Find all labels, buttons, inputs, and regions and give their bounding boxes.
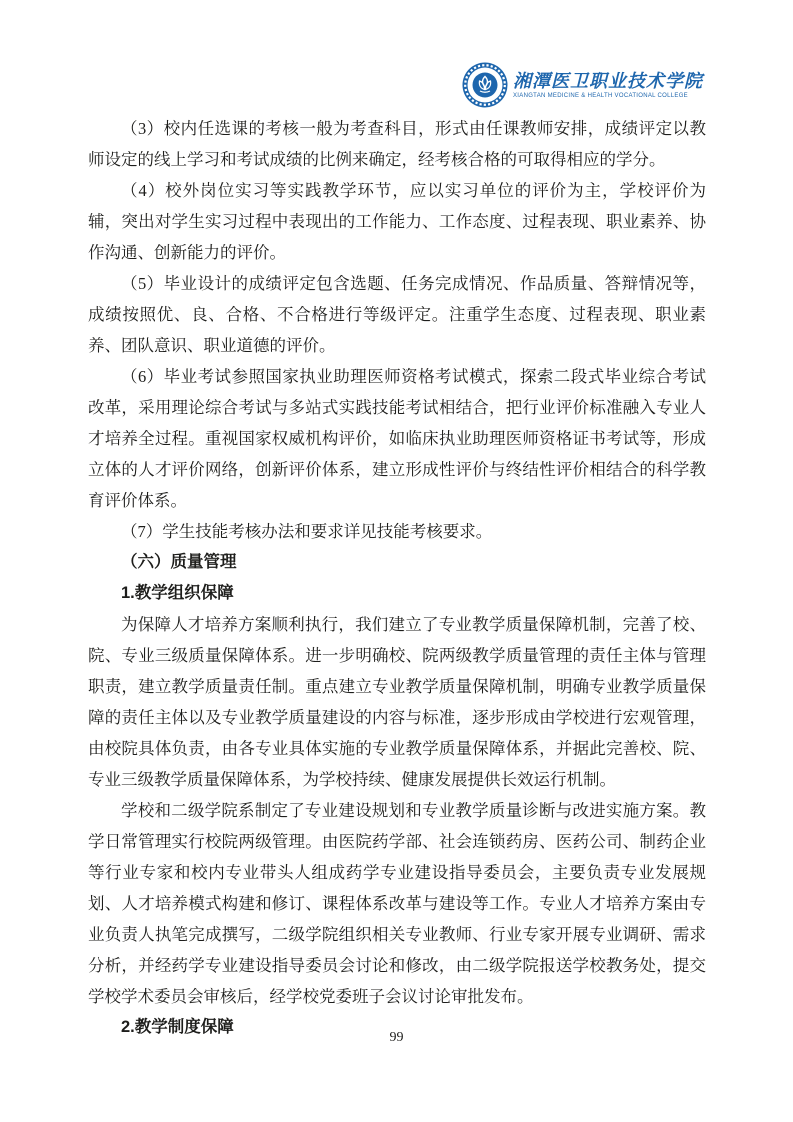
document-body: （3）校内任选课的考核一般为考查科目，形式由任课教师安排，成绩评定以教师设定的线… (88, 113, 706, 1043)
paragraph-quality-system: 为保障人才培养方案顺利执行，我们建立了专业教学质量保障机制，完善了校、院、专业三… (88, 609, 706, 795)
college-name-zh: 湘潭医卫职业技术学院 (513, 70, 703, 92)
section-heading-quality-management: （六）质量管理 (88, 547, 706, 578)
subsection-heading-teaching-organization: 1.教学组织保障 (88, 578, 706, 609)
college-logo-text: 湘潭医卫职业技术学院 XIANGTAN MEDICINE & HEALTH VO… (513, 70, 703, 100)
college-logo: 湘潭医卫职业技术学院 XIANGTAN MEDICINE & HEALTH VO… (462, 62, 703, 108)
page-number: 99 (0, 1030, 793, 1046)
paragraph-item-7: （7）学生技能考核办法和要求详见技能考核要求。 (88, 516, 706, 547)
paragraph-school-management: 学校和二级学院系制定了专业建设规划和专业教学质量诊断与改进实施方案。教学日常管理… (88, 795, 706, 1012)
college-seal-icon (462, 62, 508, 108)
paragraph-item-6: （6）毕业考试参照国家执业助理医师资格考试模式，探索二段式毕业综合考试改革，采用… (88, 361, 706, 516)
college-name-en: XIANGTAN MEDICINE & HEALTH VOCATIONAL CO… (513, 92, 703, 100)
paragraph-item-4: （4）校外岗位实习等实践教学环节，应以实习单位的评价为主，学校评价为辅，突出对学… (88, 175, 706, 268)
paragraph-item-5: （5）毕业设计的成绩评定包含选题、任务完成情况、作品质量、答辩情况等，成绩按照优… (88, 268, 706, 361)
document-page: 湘潭医卫职业技术学院 XIANGTAN MEDICINE & HEALTH VO… (0, 0, 793, 1122)
paragraph-item-3: （3）校内任选课的考核一般为考查科目，形式由任课教师安排，成绩评定以教师设定的线… (88, 113, 706, 175)
